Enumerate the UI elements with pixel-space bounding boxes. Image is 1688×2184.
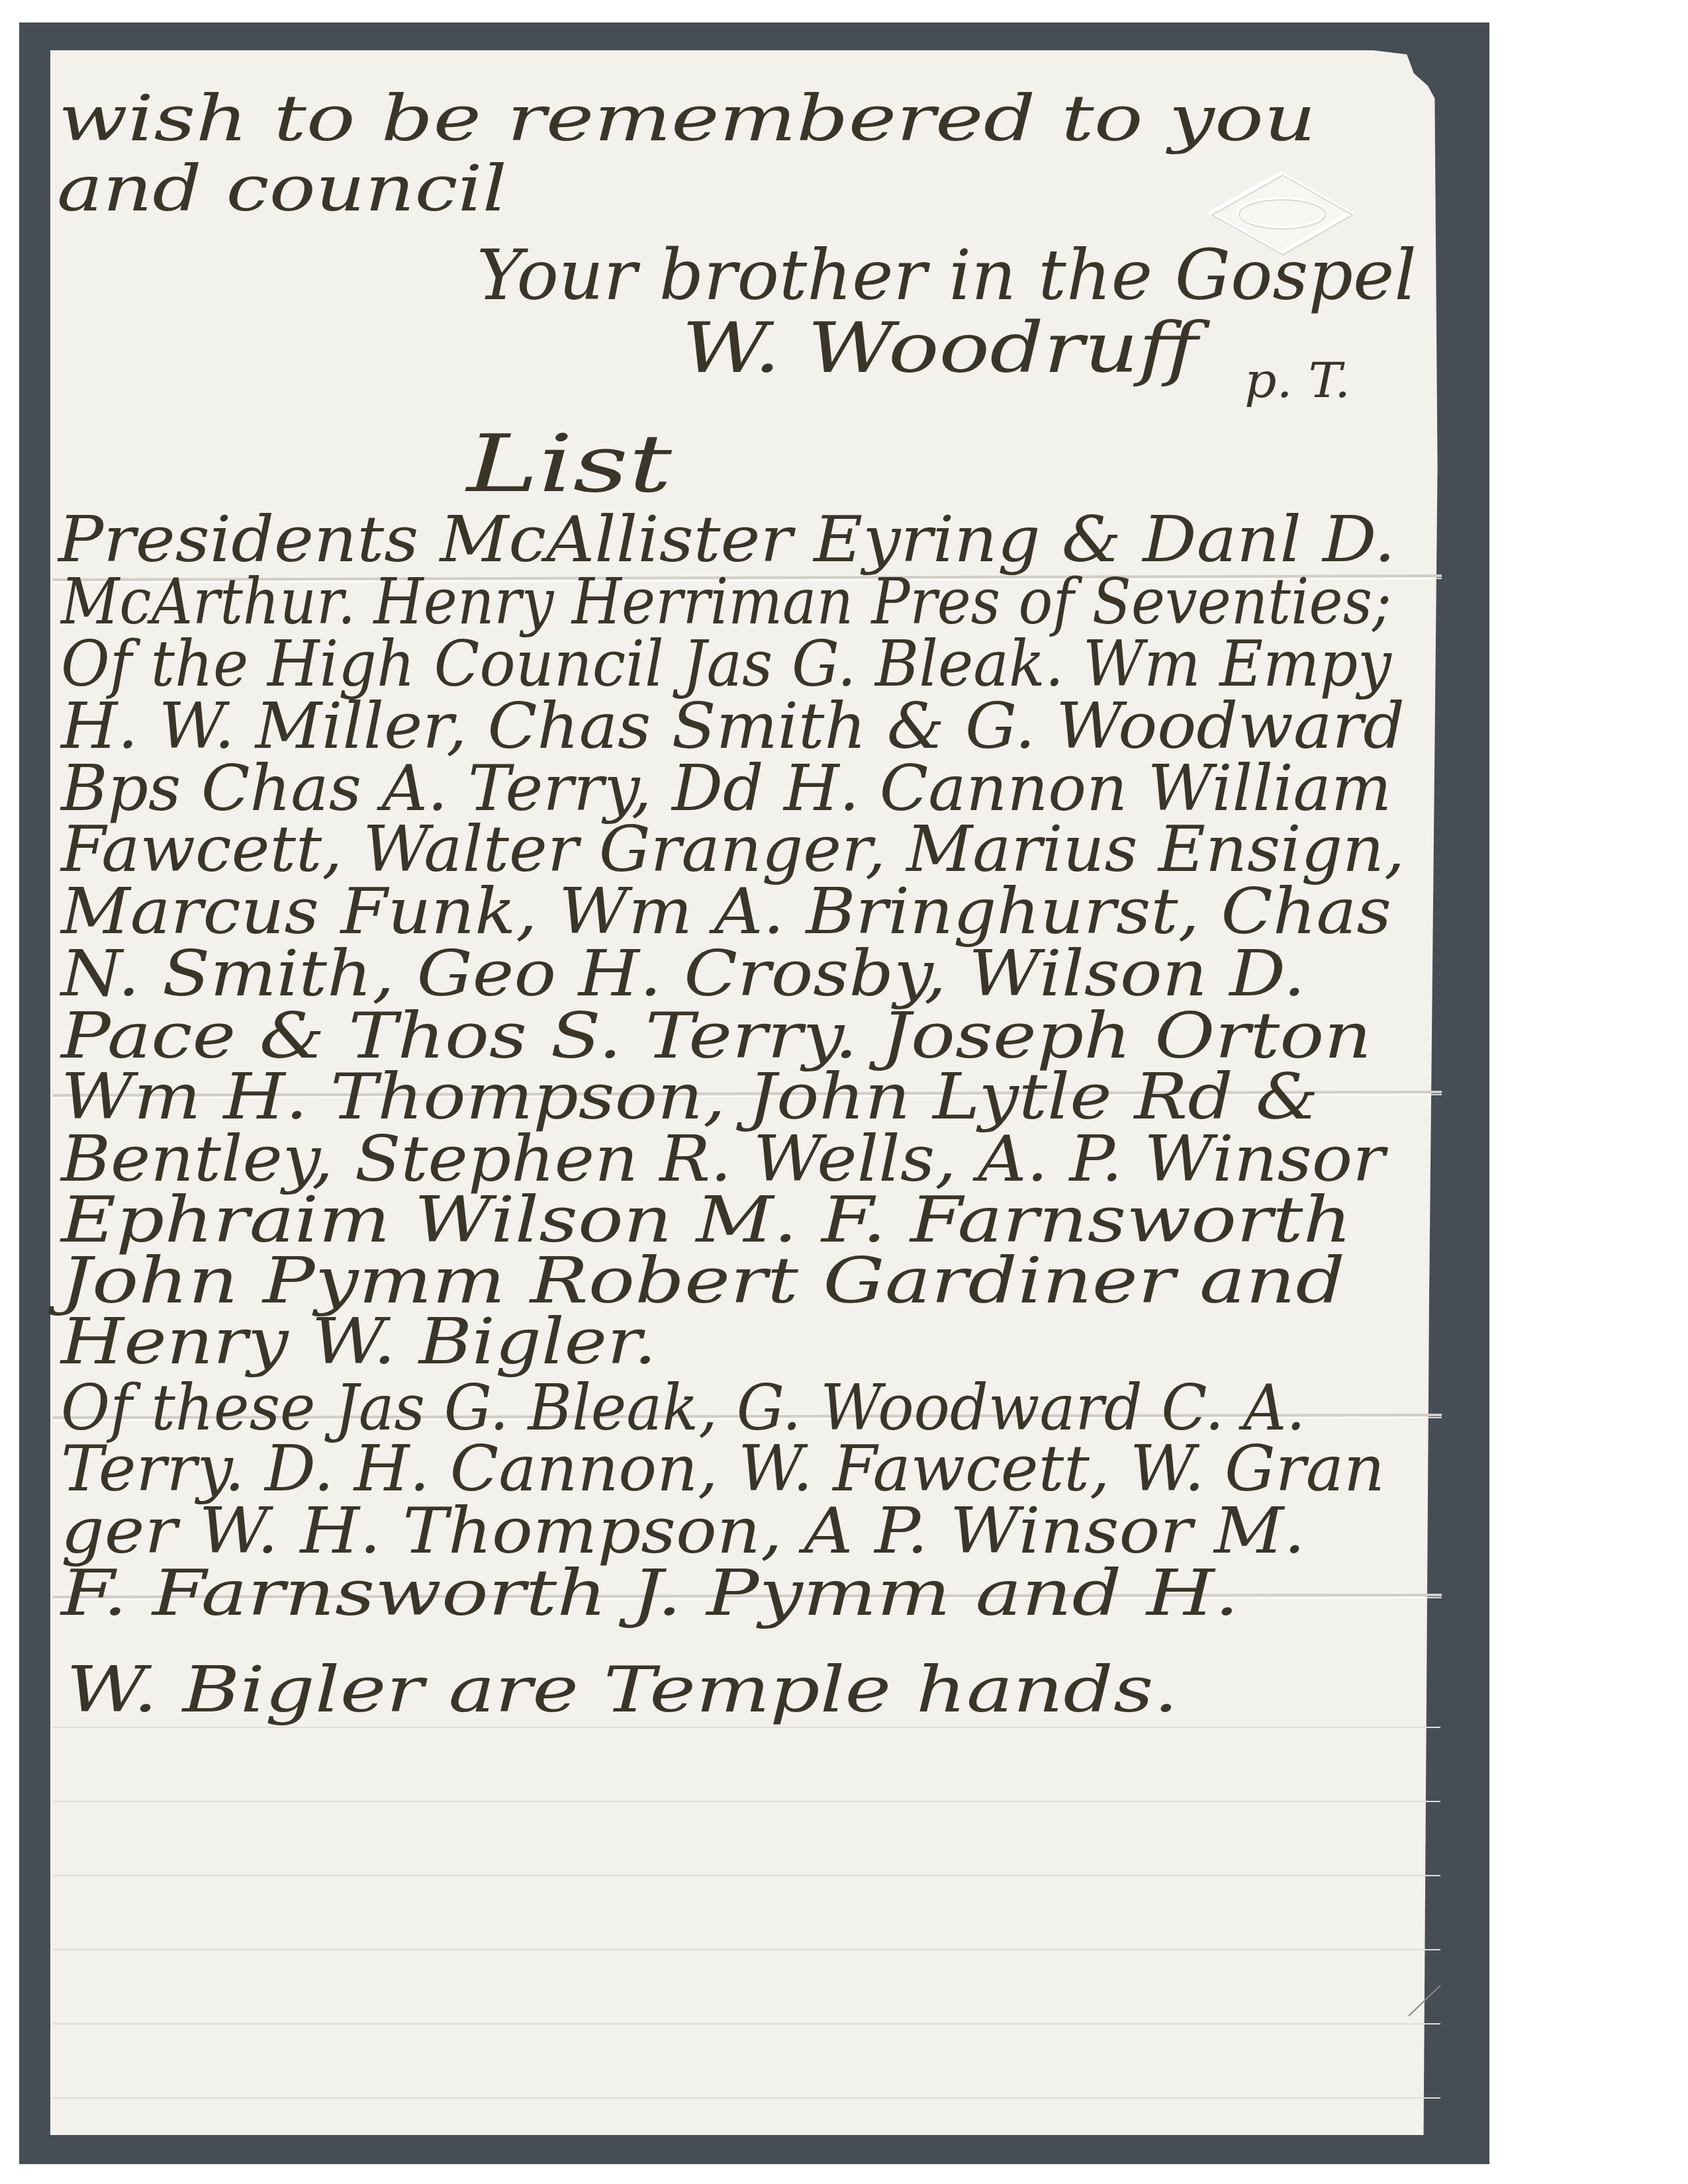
- list-line: W. Bigler are Temple hands.: [66, 1653, 1178, 1727]
- ruled-lines: [53, 1727, 1440, 2098]
- list-line: Henry W. Bigler.: [60, 1304, 657, 1379]
- signature-title: p. T.: [1244, 353, 1350, 408]
- salutation: Your brother in the Gospel: [477, 235, 1417, 316]
- name-list: Presidents McAllister Eyring & Danl D. M…: [47, 502, 1405, 1727]
- list-heading: List: [465, 418, 673, 510]
- pencil-mark: [1409, 1985, 1440, 2016]
- signature: W. Woodruff: [682, 308, 1211, 388]
- closing-line-2: and council: [57, 152, 507, 226]
- letter-content: wish to be remembered to you and council…: [0, 0, 1688, 2184]
- list-line: F. Farnsworth J. Pymm and H.: [60, 1556, 1239, 1630]
- closing-line-1: wish to be remembered to you: [58, 81, 1316, 156]
